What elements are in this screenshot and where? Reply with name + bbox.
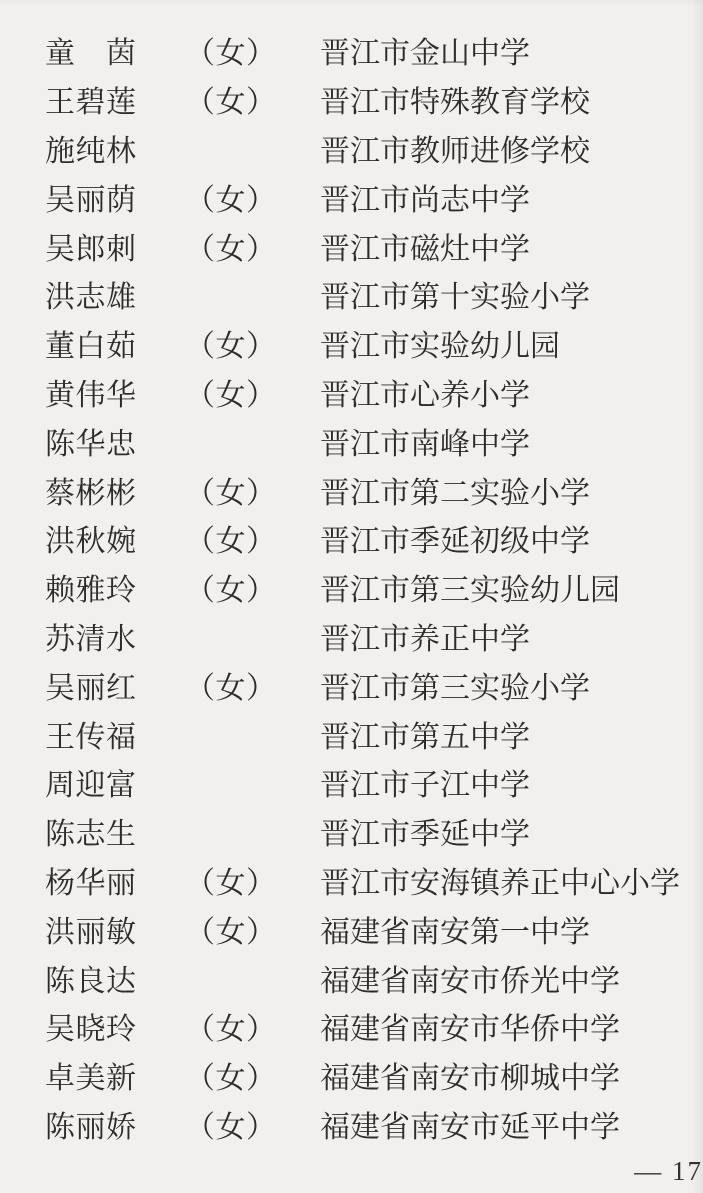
school-name: 晋江市季延初级中学 (320, 516, 703, 560)
school-name: 晋江市教师进修学校 (320, 126, 703, 170)
school-name: 晋江市磁灶中学 (320, 224, 703, 268)
gender-label: （女） (185, 1053, 320, 1097)
gender-label: （女） (185, 468, 320, 512)
table-row: 王传福 晋江市第五中学 (45, 709, 703, 758)
school-name: 晋江市第二实验小学 (320, 468, 703, 512)
table-row: 陈华忠 晋江市南峰中学 (45, 416, 703, 465)
table-row: 吴丽荫 （女） 晋江市尚志中学 (45, 172, 703, 221)
person-name: 苏清水 (45, 614, 185, 658)
school-name: 晋江市第三实验小学 (320, 663, 703, 707)
person-name: 洪志雄 (45, 272, 185, 316)
school-name: 福建省南安第一中学 (320, 907, 703, 951)
person-name: 王传福 (45, 712, 185, 756)
page-number: — 17 (634, 1156, 703, 1187)
person-name: 蔡彬彬 (45, 468, 185, 512)
person-name: 黄伟华 (45, 370, 185, 414)
gender-label: （女） (185, 77, 320, 121)
school-name: 福建省南安市华侨中学 (320, 1004, 703, 1048)
table-row: 洪丽敏 （女） 福建省南安第一中学 (45, 904, 703, 953)
table-row: 杨华丽 （女） 晋江市安海镇养正中心小学 (45, 856, 703, 905)
gender-label: （女） (185, 321, 320, 365)
school-name: 晋江市南峰中学 (320, 419, 703, 463)
person-name: 赖雅玲 (45, 565, 185, 609)
table-row: 王碧莲 （女） 晋江市特殊教育学校 (45, 75, 703, 124)
table-row: 董白茹 （女） 晋江市实验幼儿园 (45, 319, 703, 368)
person-name: 杨华丽 (45, 858, 185, 902)
person-name: 吴晓玲 (45, 1004, 185, 1048)
school-name: 晋江市季延中学 (320, 809, 703, 853)
school-name: 晋江市实验幼儿园 (320, 321, 703, 365)
school-name: 晋江市第三实验幼儿园 (320, 565, 703, 609)
person-name: 王碧莲 (45, 77, 185, 121)
school-name: 福建省南安市侨光中学 (320, 956, 703, 1000)
table-row: 洪秋婉 （女） 晋江市季延初级中学 (45, 514, 703, 563)
person-name: 吴丽荫 (45, 175, 185, 219)
table-row: 赖雅玲 （女） 晋江市第三实验幼儿园 (45, 563, 703, 612)
gender-label: （女） (185, 858, 320, 902)
gender-label: （女） (185, 28, 320, 72)
school-name: 晋江市安海镇养正中心小学 (320, 858, 703, 902)
gender-label: （女） (185, 1102, 320, 1146)
school-name: 晋江市心养小学 (320, 370, 703, 414)
school-name: 晋江市金山中学 (320, 28, 703, 72)
school-name: 晋江市子江中学 (320, 760, 703, 804)
gender-label: （女） (185, 565, 320, 609)
person-name: 吴郎刺 (45, 224, 185, 268)
awardee-list: 童 茵 （女） 晋江市金山中学 王碧莲 （女） 晋江市特殊教育学校 施纯林 晋江… (0, 0, 703, 1148)
table-row: 吴郎刺 （女） 晋江市磁灶中学 (45, 221, 703, 270)
person-name: 卓美新 (45, 1053, 185, 1097)
gender-label: （女） (185, 907, 320, 951)
school-name: 福建省南安市延平中学 (320, 1102, 703, 1146)
person-name: 陈志生 (45, 809, 185, 853)
school-name: 晋江市第十实验小学 (320, 272, 703, 316)
person-name: 施纯林 (45, 126, 185, 170)
person-name: 童 茵 (45, 28, 185, 72)
table-row: 陈志生 晋江市季延中学 (45, 807, 703, 856)
table-row: 卓美新 （女） 福建省南安市柳城中学 (45, 1051, 703, 1100)
table-row: 蔡彬彬 （女） 晋江市第二实验小学 (45, 465, 703, 514)
school-name: 晋江市养正中学 (320, 614, 703, 658)
gender-label: （女） (185, 1004, 320, 1048)
table-row: 黄伟华 （女） 晋江市心养小学 (45, 368, 703, 417)
table-row: 周迎富 晋江市子江中学 (45, 758, 703, 807)
person-name: 陈良达 (45, 956, 185, 1000)
school-name: 晋江市尚志中学 (320, 175, 703, 219)
table-row: 苏清水 晋江市养正中学 (45, 612, 703, 661)
gender-label: （女） (185, 516, 320, 560)
school-name: 晋江市特殊教育学校 (320, 77, 703, 121)
person-name: 洪丽敏 (45, 907, 185, 951)
person-name: 吴丽红 (45, 663, 185, 707)
table-row: 吴晓玲 （女） 福建省南安市华侨中学 (45, 1002, 703, 1051)
person-name: 董白茹 (45, 321, 185, 365)
document-page: 童 茵 （女） 晋江市金山中学 王碧莲 （女） 晋江市特殊教育学校 施纯林 晋江… (0, 0, 703, 1193)
school-name: 福建省南安市柳城中学 (320, 1053, 703, 1097)
table-row: 洪志雄 晋江市第十实验小学 (45, 270, 703, 319)
gender-label: （女） (185, 663, 320, 707)
table-row: 童 茵 （女） 晋江市金山中学 (45, 26, 703, 75)
gender-label: （女） (185, 224, 320, 268)
gender-label: （女） (185, 370, 320, 414)
school-name: 晋江市第五中学 (320, 712, 703, 756)
person-name: 周迎富 (45, 760, 185, 804)
person-name: 陈丽娇 (45, 1102, 185, 1146)
table-row: 陈丽娇 （女） 福建省南安市延平中学 (45, 1100, 703, 1149)
table-row: 施纯林 晋江市教师进修学校 (45, 124, 703, 173)
person-name: 陈华忠 (45, 419, 185, 463)
table-row: 陈良达 福建省南安市侨光中学 (45, 953, 703, 1002)
table-row: 吴丽红 （女） 晋江市第三实验小学 (45, 660, 703, 709)
person-name: 洪秋婉 (45, 516, 185, 560)
gender-label: （女） (185, 175, 320, 219)
